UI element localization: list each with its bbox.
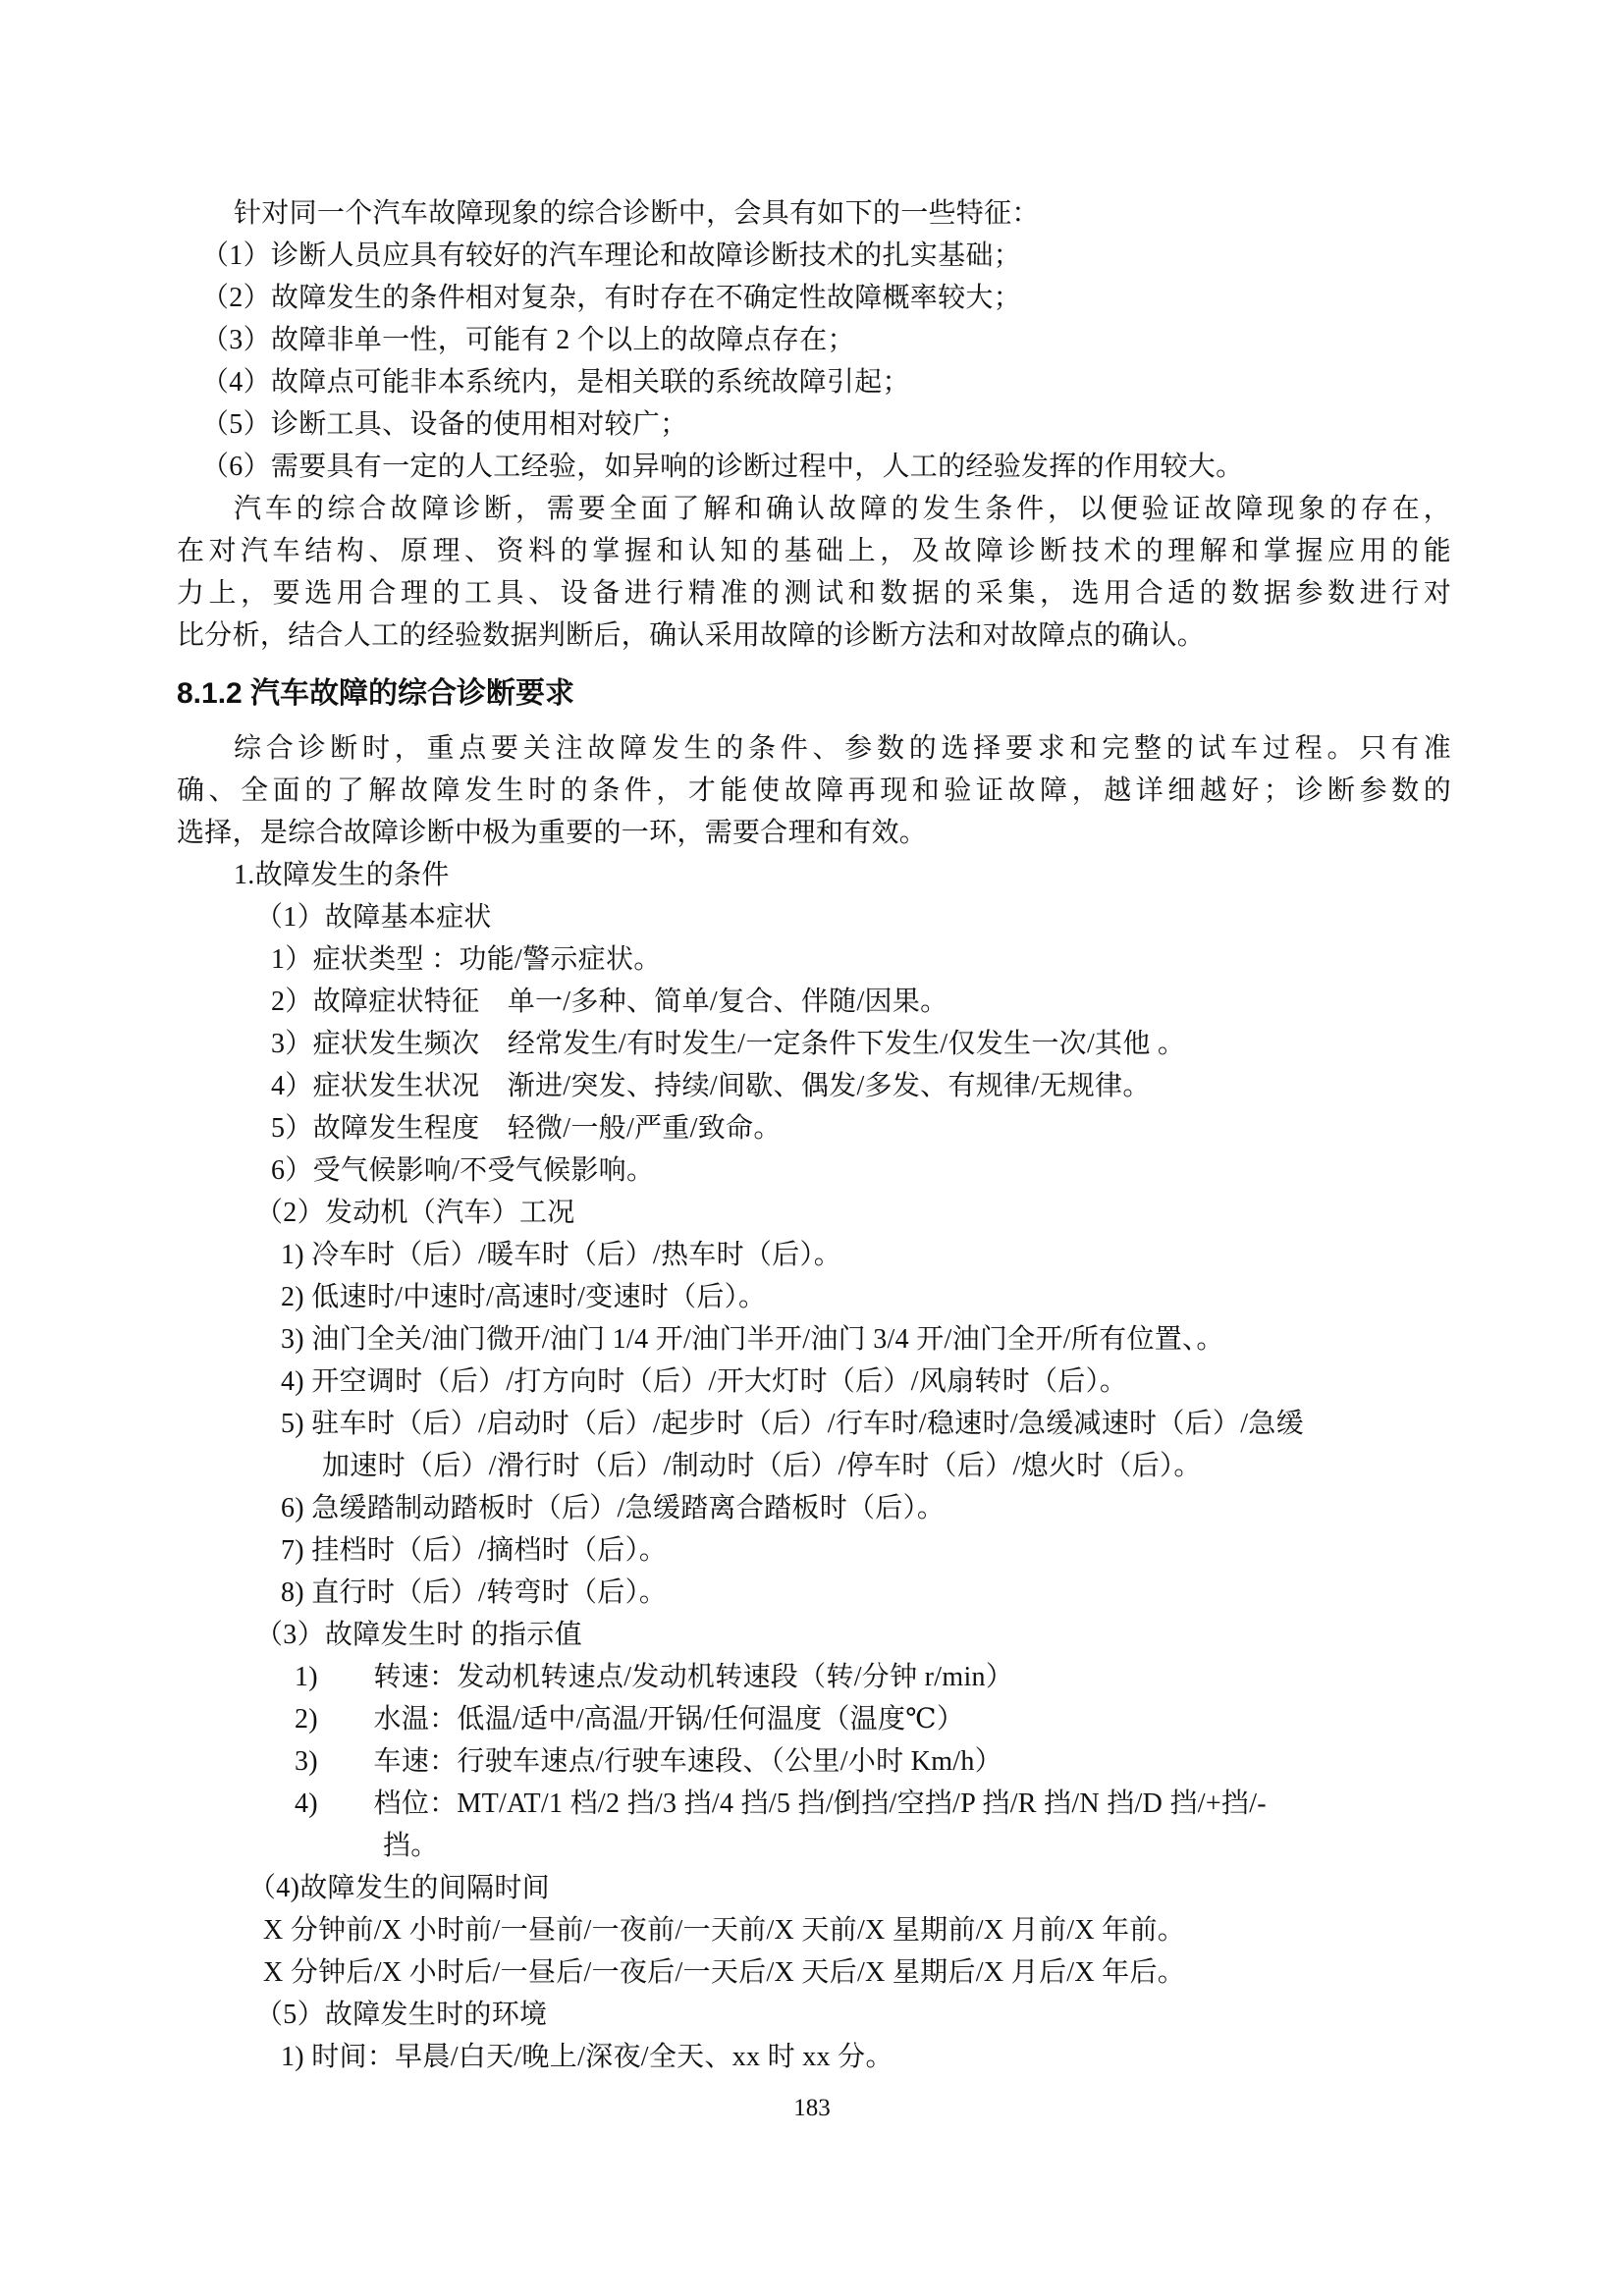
list-item: 1) 转速：发动机转速点/发动机转速段（转/分钟 r/min） (295, 1656, 1453, 1698)
text-line: X 分钟后/X 小时后/一昼后/一夜后/一天后/X 天后/X 星期后/X 月后/… (263, 1951, 1453, 1994)
text-line: 确、全面的了解故障发生时的条件，才能使故障再现和验证故障，越详细越好；诊断参数的 (177, 770, 1451, 812)
sub-list-heading: （5）故障发生时的环境 (255, 1994, 1453, 2036)
list-item: 4) 开空调时（后）/打方向时（后）/开大灯时（后）/风扇转时（后）。 (281, 1361, 1453, 1403)
page-number: 183 (0, 2095, 1624, 2122)
section-heading: 8.1.2 汽车故障的综合诊断要求 (177, 670, 1453, 718)
document-page: 针对同一个汽车故障现象的综合诊断中，会具有如下的一些特征： （1）诊断人员应具有… (0, 0, 1624, 2296)
sub-list-heading: （3）故障发生时 的指示值 (255, 1614, 1453, 1656)
list-item-continuation: 挡。 (383, 1825, 1453, 1867)
text-line: 针对同一个汽车故障现象的综合诊断中，会具有如下的一些特征： (234, 192, 1453, 235)
list-item: （6）需要具有一定的人工经验，如异响的诊断过程中，人工的经验发挥的作用较大。 (201, 446, 1453, 488)
text-line: 综合诊断时，重点要关注故障发生的条件、参数的选择要求和完整的试车过程。只有准 (234, 727, 1451, 770)
list-item: 4）症状发生状况 渐进/突发、持续/间歇、偶发/多发、有规律/无规律。 (271, 1065, 1453, 1107)
page-content: 针对同一个汽车故障现象的综合诊断中，会具有如下的一些特征： （1）诊断人员应具有… (177, 192, 1453, 2078)
text-line: 力上，要选用合理的工具、设备进行精准的测试和数据的采集，选用合适的数据参数进行对 (177, 572, 1451, 614)
list-item: （5）诊断工具、设备的使用相对较广； (201, 403, 1453, 446)
list-item: 2) 低速时/中速时/高速时/变速时（后）。 (281, 1276, 1453, 1318)
list-item: 2）故障症状特征 单一/多种、简单/复合、伴随/因果。 (271, 981, 1453, 1023)
text-line: X 分钟前/X 小时前/一昼前/一夜前/一天前/X 天前/X 星期前/X 月前/… (263, 1909, 1453, 1951)
sub-list-heading: （1）故障基本症状 (255, 896, 1453, 938)
list-item: 5）故障发生程度 轻微/一般/严重/致命。 (271, 1107, 1453, 1149)
list-item: 3）症状发生频次 经常发生/有时发生/一定条件下发生/仅发生一次/其他 。 (271, 1023, 1453, 1065)
list-item: 8) 直行时（后）/转弯时（后）。 (281, 1572, 1453, 1614)
list-item: 2) 水温：低温/适中/高温/开锅/任何温度（温度℃） (295, 1698, 1453, 1740)
text-line: 选择，是综合故障诊断中极为重要的一环，需要合理和有效。 (177, 812, 1453, 854)
sub-list-heading: （4)故障发生的间隔时间 (248, 1867, 1453, 1909)
list-item: 1) 冷车时（后）/暖车时（后）/热车时（后）。 (281, 1234, 1453, 1276)
list-item: （3）故障非单一性，可能有 2 个以上的故障点存在； (201, 319, 1453, 361)
text-line: 汽车的综合故障诊断，需要全面了解和确认故障的发生条件，以便验证故障现象的存在， (234, 488, 1451, 530)
text-line: 比分析，结合人工的经验数据判断后，确认采用故障的诊断方法和对故障点的确认。 (177, 614, 1453, 657)
list-item: 6）受气候影响/不受气候影响。 (271, 1149, 1453, 1192)
list-item: 1) 时间：早晨/白天/晚上/深夜/全天、xx 时 xx 分。 (281, 2036, 1453, 2078)
list-item-continuation: 加速时（后）/滑行时（后）/制动时（后）/停车时（后）/熄火时（后）。 (322, 1445, 1453, 1487)
list-item: 4) 档位：MT/AT/1 档/2 挡/3 挡/4 挡/5 挡/倒挡/空挡/P … (295, 1783, 1453, 1825)
list-item: （2）故障发生的条件相对复杂，有时存在不确定性故障概率较大； (201, 277, 1453, 319)
list-item: 1）症状类型 ：功能/警示症状。 (271, 938, 1453, 981)
list-item: 7) 挂档时（后）/摘档时（后）。 (281, 1529, 1453, 1572)
list-item: 3) 油门全关/油门微开/油门 1/4 开/油门半开/油门 3/4 开/油门全开… (281, 1318, 1453, 1361)
list-item: 3) 车速：行驶车速点/行驶车速段、（公里/小时 Km/h） (295, 1740, 1453, 1783)
list-item: 6) 急缓踏制动踏板时（后）/急缓踏离合踏板时（后）。 (281, 1487, 1453, 1529)
text-line: 在对汽车结构、原理、资料的掌握和认知的基础上，及故障诊断技术的理解和掌握应用的能 (177, 530, 1451, 572)
list-item: （4）故障点可能非本系统内，是相关联的系统故障引起； (201, 361, 1453, 403)
sub-section-title: 1.故障发生的条件 (234, 854, 1453, 896)
sub-list-heading: （2）发动机（汽车）工况 (255, 1192, 1453, 1234)
list-item: 5) 驻车时（后）/启动时（后）/起步时（后）/行车时/稳速时/急缓减速时（后）… (281, 1403, 1453, 1445)
list-item: （1）诊断人员应具有较好的汽车理论和故障诊断技术的扎实基础； (201, 235, 1453, 277)
